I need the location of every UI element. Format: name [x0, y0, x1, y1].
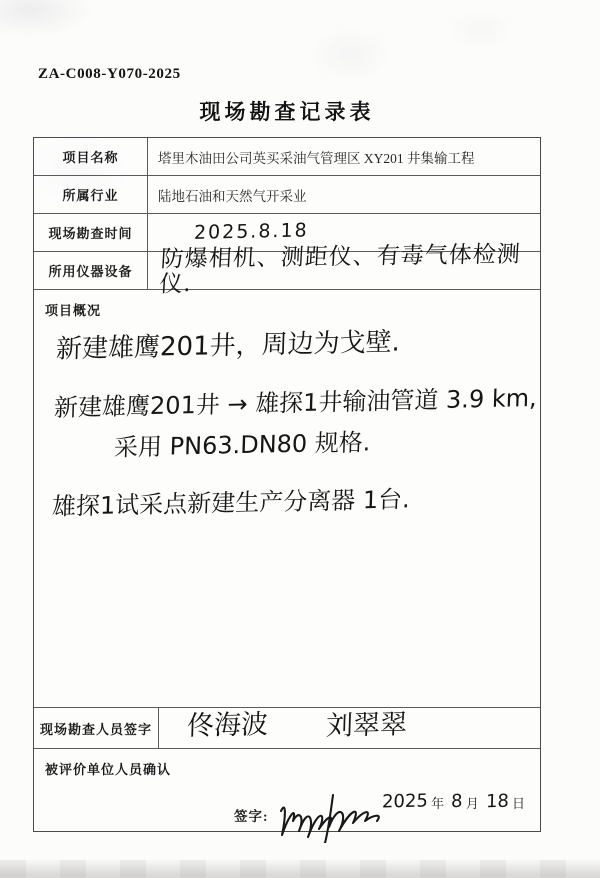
row-equipment: 所用仪器设备 防爆相机、测距仪、有毒气体检测仪. [34, 252, 540, 290]
surveyor-signature-1: 佟海波 [187, 710, 269, 741]
document-code: ZA-C008-Y070-2025 [38, 66, 181, 83]
confirm-date-month: 8 [451, 792, 463, 812]
overview-handwriting-line-3: 采用 PN63.DN80 规格. [114, 429, 371, 461]
confirm-date-day: 18 [486, 792, 510, 812]
survey-form-table: 项目名称 塔里木油田公司英买采油气管理区 XY201 井集输工程 所属行业 陆地… [33, 137, 541, 832]
survey-time-label: 现场勘查时间 [34, 214, 148, 251]
overview-handwriting-line-1: 新建雄鹰201井，周边为戈壁. [56, 328, 401, 364]
confirm-sign-label: 签字: [234, 805, 269, 825]
row-industry: 所属行业 陆地石油和天然气开采业 [34, 176, 540, 214]
confirm-label: 被评价单位人员确认 [45, 759, 171, 778]
project-name-label: 项目名称 [34, 138, 148, 175]
industry-label: 所属行业 [34, 176, 148, 213]
page-title: 现场勘查记录表 [33, 96, 541, 126]
confirm-signature-scribble [275, 791, 393, 843]
confirm-date-month-unit: 月 [466, 796, 480, 811]
confirm-cell: 被评价单位人员确认 签字: 2025年 8月 18日 [34, 749, 540, 831]
project-overview-cell: 项目概况 新建雄鹰201井，周边为戈壁. 新建雄鹰201井 → 雄探1井输油管道… [34, 290, 540, 708]
row-surveyor-signatures: 现场勘查人员签字 佟海波 刘翠翠 [34, 708, 540, 749]
overview-handwriting-line-4: 雄探1试采点新建生产分离器 1台. [52, 486, 411, 520]
project-overview-label: 项目概况 [45, 300, 101, 319]
project-name-value: 塔里木油田公司英买采油气管理区 XY201 井集输工程 [148, 138, 540, 175]
industry-value: 陆地石油和天然气开采业 [148, 176, 540, 213]
confirm-date-day-unit: 日 [512, 796, 526, 811]
confirm-date-year-unit: 年 [431, 796, 445, 811]
row-project-name: 项目名称 塔里木油田公司英买采油气管理区 XY201 井集输工程 [34, 138, 540, 176]
confirm-sign-line: 签字: [234, 789, 393, 841]
surveyor-signature-label: 现场勘查人员签字 [34, 708, 159, 748]
scan-edge-shadow [0, 860, 600, 878]
equipment-value: 防爆相机、测距仪、有毒气体检测仪. [148, 252, 540, 289]
confirm-date-year: 2025 [382, 792, 428, 813]
confirm-date: 2025年 8月 18日 [379, 793, 526, 813]
equipment-label: 所用仪器设备 [34, 252, 148, 289]
surveyor-signature-value: 佟海波 刘翠翠 [159, 708, 540, 748]
overview-handwriting-line-2: 新建雄鹰201井 → 雄探1井输油管道 3.9 km, [54, 385, 538, 422]
surveyor-signature-2: 刘翠翠 [326, 710, 408, 741]
survey-time-handwriting: 2025.8.18 [158, 220, 309, 244]
scanned-document-page: ZA-C008-Y070-2025 现场勘查记录表 项目名称 塔里木油田公司英买… [0, 0, 600, 878]
